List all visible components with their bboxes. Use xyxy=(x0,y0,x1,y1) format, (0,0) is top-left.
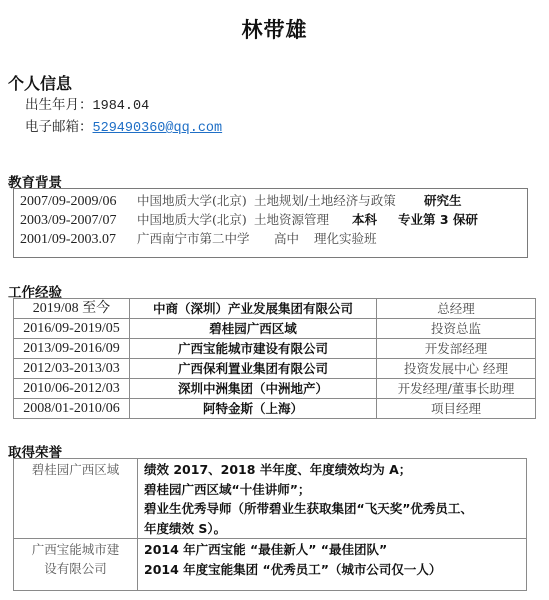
work-title: 总经理 xyxy=(377,299,536,319)
edu-date: 2001/09-2003.07 xyxy=(20,230,137,249)
honor-org: 广西宝能城市建 设有限公司 xyxy=(14,539,138,591)
edu-date: 2003/09-2007/07 xyxy=(20,211,137,230)
table-row: 2016/09-2019/05 碧桂园广西区域 投资总监 xyxy=(14,319,536,339)
edu-major: 土地资源管理 xyxy=(254,210,352,229)
table-row: 2012/03-2013/03 广西保利置业集团有限公司 投资发展中心 经理 xyxy=(14,359,536,379)
table-row: 2008/01-2010/06 阿特金斯（上海） 项目经理 xyxy=(14,399,536,419)
work-title: 开发部经理 xyxy=(377,339,536,359)
honor-items: 绩效 2017、2018 半年度、年度绩效均为 A； 碧桂园广西区域“十佳讲师”… xyxy=(138,459,527,539)
honor-item: 2014 年广西宝能 “最佳新人” “最佳团队” xyxy=(144,540,526,560)
email-line: 电子邮箱：529490360@qq.com xyxy=(25,115,222,136)
honor-org-line: 碧桂园广西区域 xyxy=(14,460,137,479)
email-label: 电子邮箱： xyxy=(25,119,93,135)
birth-value: 1984.04 xyxy=(93,99,150,114)
education-row: 2003/09-2007/07中国地质大学(北京)土地资源管理本科专业第 3 保… xyxy=(20,210,527,229)
work-period: 2013/09-2016/09 xyxy=(14,339,130,359)
edu-note: 理化实验班 xyxy=(314,229,377,248)
work-table: 2019/08 至今 中商（深圳）产业发展集团有限公司 总经理 2016/09-… xyxy=(13,298,536,419)
edu-degree: 研究生 xyxy=(424,191,462,210)
edu-level: 高中 xyxy=(274,229,314,248)
honors-table: 碧桂园广西区域 绩效 2017、2018 半年度、年度绩效均为 A； 碧桂园广西… xyxy=(13,458,527,591)
edu-school: 中国地质大学(北京) xyxy=(137,210,254,229)
edu-note: 专业第 3 保研 xyxy=(398,210,478,229)
table-row: 2013/09-2016/09 广西宝能城市建设有限公司 开发部经理 xyxy=(14,339,536,359)
honor-item: 碧业生优秀导师（所带碧业生获取集团“飞天奖”优秀员工、 xyxy=(144,499,526,519)
work-company: 深圳中洲集团（中洲地产） xyxy=(130,379,377,399)
work-title: 投资发展中心 经理 xyxy=(377,359,536,379)
work-period: 2012/03-2013/03 xyxy=(14,359,130,379)
work-title: 开发经理/董事长助理 xyxy=(377,379,536,399)
edu-date: 2007/09-2009/06 xyxy=(20,192,137,211)
work-company: 广西保利置业集团有限公司 xyxy=(130,359,377,379)
work-title: 投资总监 xyxy=(377,319,536,339)
edu-major: 土地规划/土地经济与政策 xyxy=(254,191,424,210)
table-row: 2010/06-2012/03 深圳中洲集团（中洲地产） 开发经理/董事长助理 xyxy=(14,379,536,399)
honor-items: 2014 年广西宝能 “最佳新人” “最佳团队” 2014 年度宝能集团 “优秀… xyxy=(138,539,527,591)
resume-name: 林带雄 xyxy=(0,14,549,44)
table-row: 碧桂园广西区域 绩效 2017、2018 半年度、年度绩效均为 A； 碧桂园广西… xyxy=(14,459,527,539)
education-box: 2007/09-2009/06中国地质大学(北京)土地规划/土地经济与政策研究生… xyxy=(13,188,528,258)
work-company: 碧桂园广西区域 xyxy=(130,319,377,339)
work-period: 2019/08 至今 xyxy=(14,299,130,319)
edu-school: 广西南宁市第二中学 xyxy=(137,229,274,248)
work-company: 阿特金斯（上海） xyxy=(130,399,377,419)
honor-org: 碧桂园广西区域 xyxy=(14,459,138,539)
work-company: 中商（深圳）产业发展集团有限公司 xyxy=(130,299,377,319)
work-title: 项目经理 xyxy=(377,399,536,419)
birth-line: 出生年月：1984.04 xyxy=(25,93,149,114)
table-row: 广西宝能城市建 设有限公司 2014 年广西宝能 “最佳新人” “最佳团队” 2… xyxy=(14,539,527,591)
honor-item: 碧桂园广西区域“十佳讲师”； xyxy=(144,480,526,500)
honor-item: 2014 年度宝能集团 “优秀员工”（城市公司仅一人） xyxy=(144,560,526,580)
birth-label: 出生年月： xyxy=(25,97,93,113)
work-company: 广西宝能城市建设有限公司 xyxy=(130,339,377,359)
email-link[interactable]: 529490360@qq.com xyxy=(93,121,223,136)
honor-item: 年度绩效 S）。 xyxy=(144,519,526,539)
education-row: 2007/09-2009/06中国地质大学(北京)土地规划/土地经济与政策研究生 xyxy=(20,191,527,210)
work-period: 2010/06-2012/03 xyxy=(14,379,130,399)
table-row: 2019/08 至今 中商（深圳）产业发展集团有限公司 总经理 xyxy=(14,299,536,319)
honor-org-line: 设有限公司 xyxy=(14,559,137,578)
edu-school: 中国地质大学(北京) xyxy=(137,191,254,210)
honor-item: 绩效 2017、2018 半年度、年度绩效均为 A； xyxy=(144,460,526,480)
honor-org-line: 广西宝能城市建 xyxy=(14,540,137,559)
education-row: 2001/09-2003.07广西南宁市第二中学高中理化实验班 xyxy=(20,229,527,248)
work-period: 2008/01-2010/06 xyxy=(14,399,130,419)
personal-info-heading: 个人信息 xyxy=(8,71,72,94)
edu-degree: 本科 xyxy=(352,210,398,229)
work-period: 2016/09-2019/05 xyxy=(14,319,130,339)
